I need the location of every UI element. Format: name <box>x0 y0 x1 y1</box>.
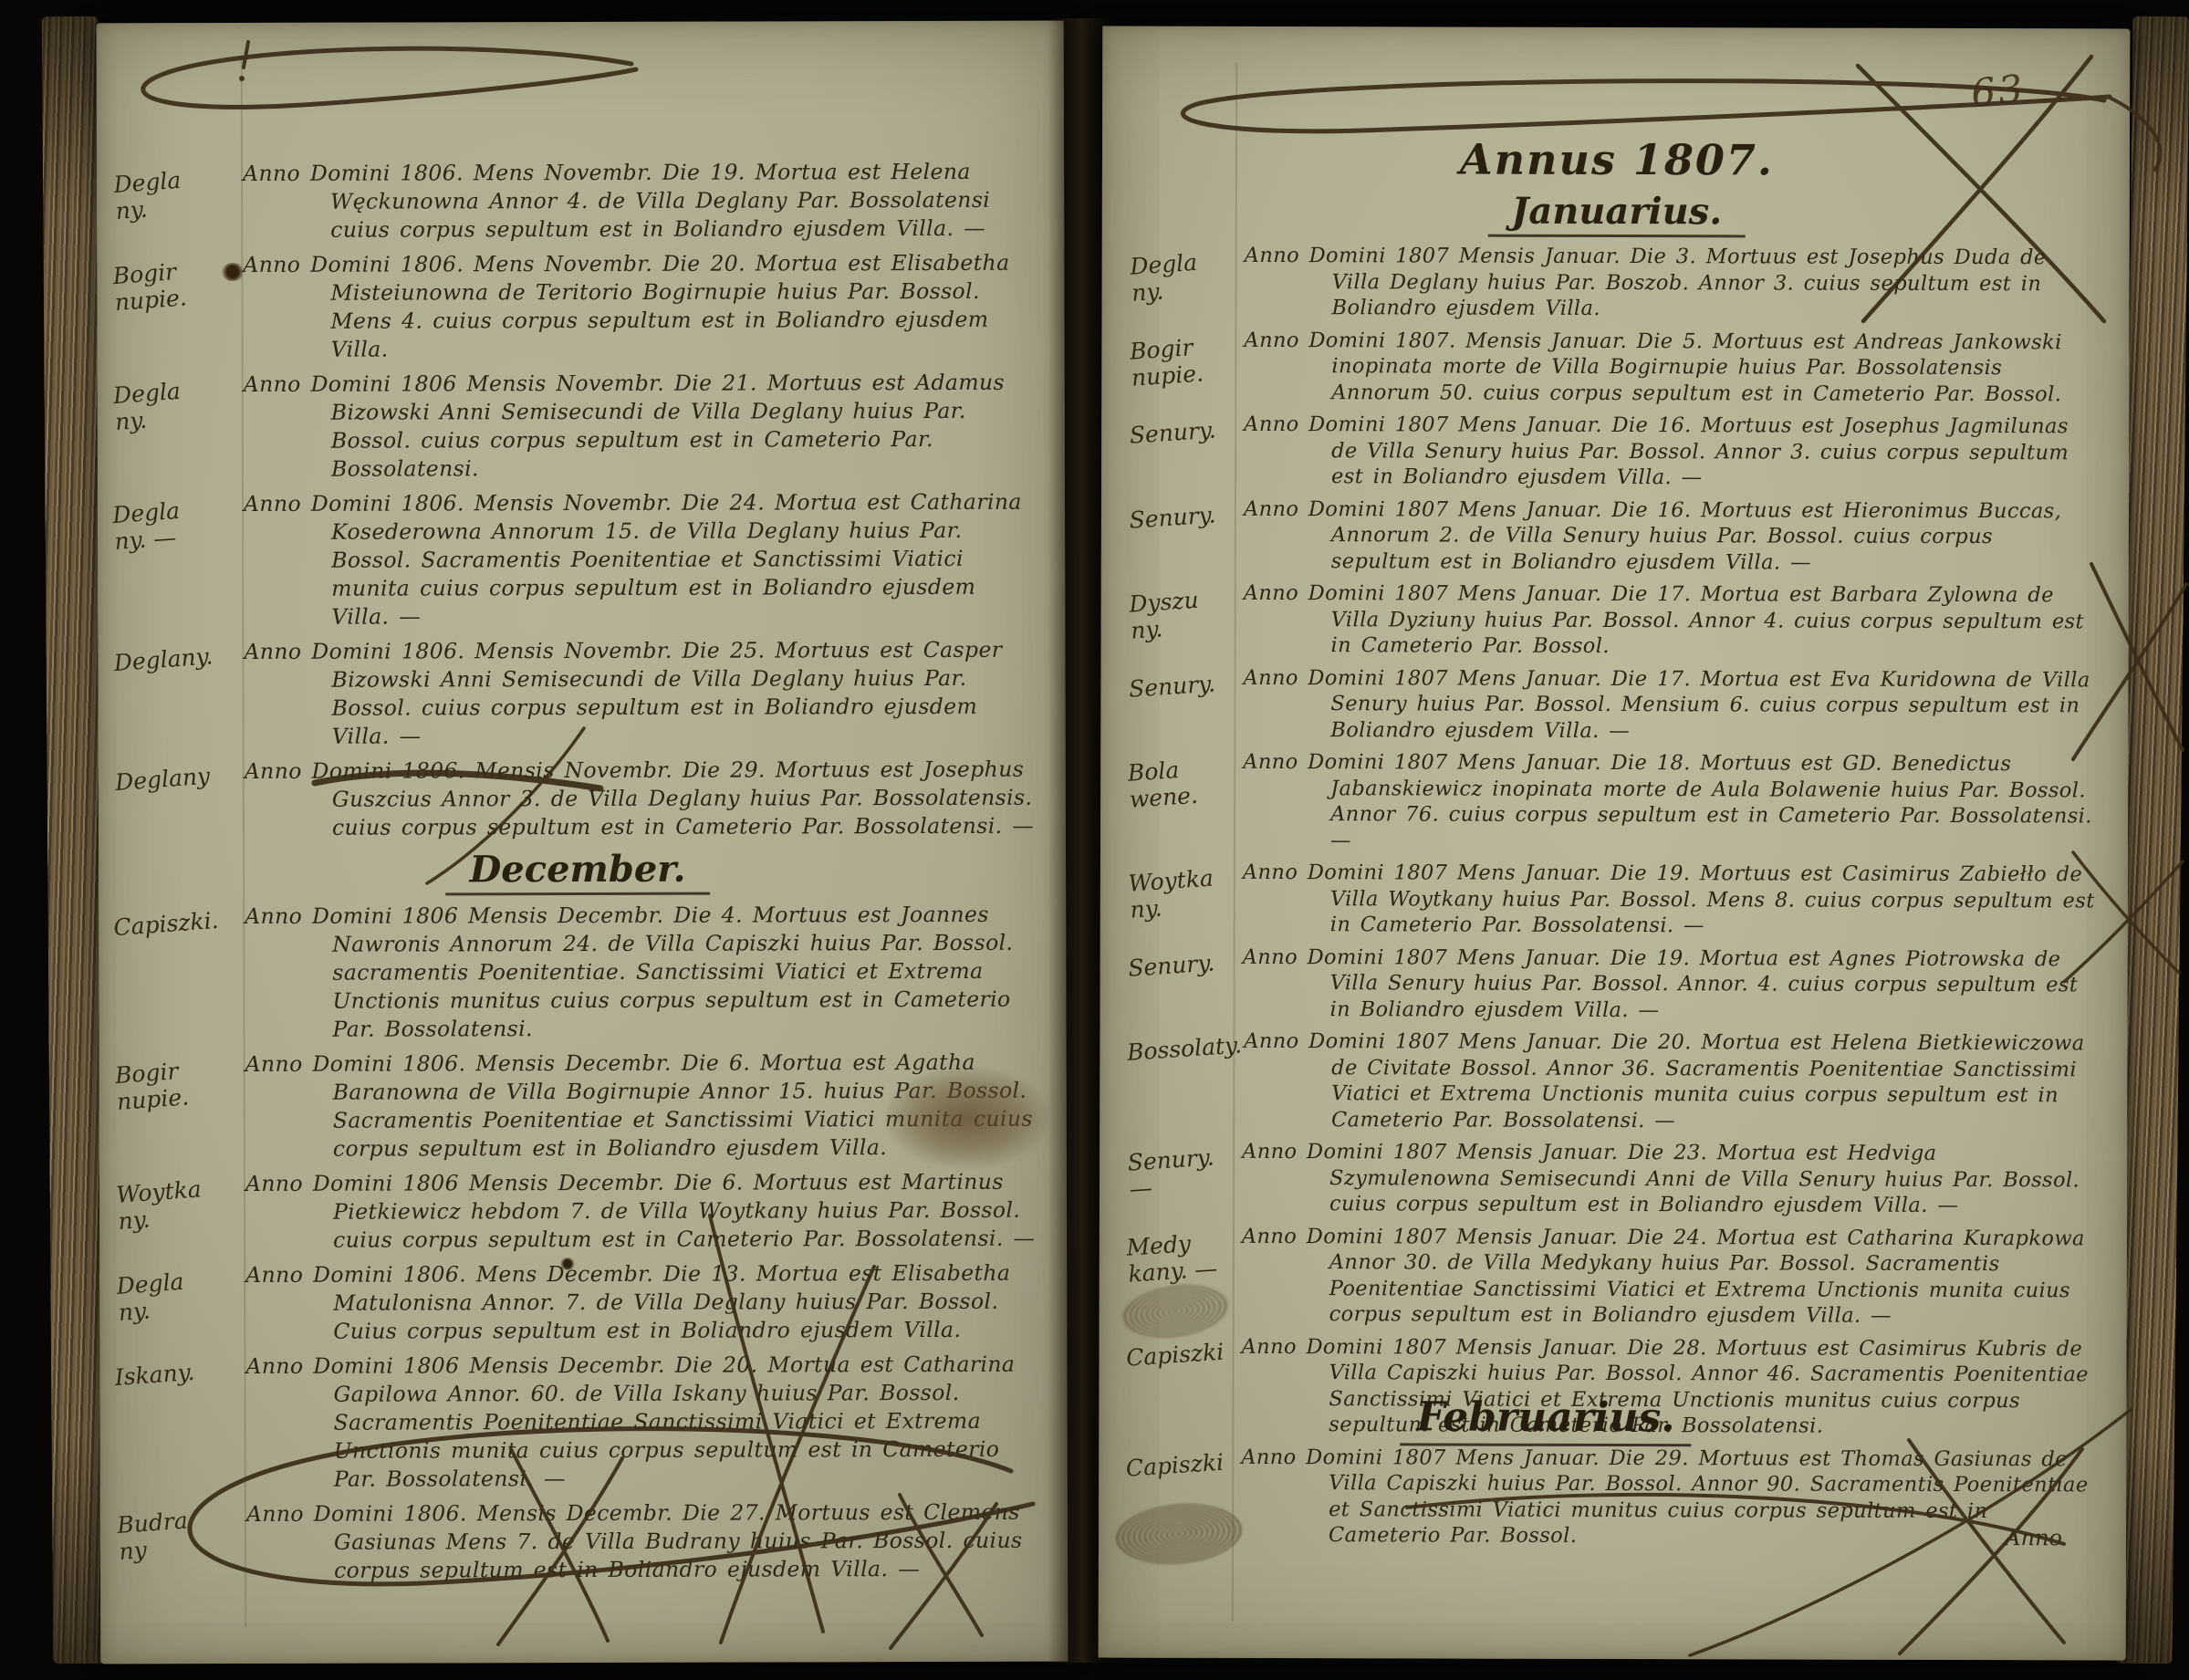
entry-margin-place-label: Budra ny <box>110 1496 249 1590</box>
entry-margin-place-label: Senury. <box>1122 661 1246 746</box>
register-entry: Bogir nupie.Anno Domini 1806. Mensis Dec… <box>112 1049 1045 1164</box>
entry-text: Anno Domini 1806. Mensis Decembr. Die 6.… <box>245 1049 1045 1163</box>
entry-margin-place-label: Iskany. <box>108 1348 251 1498</box>
register-entry: Bogir nupie.Anno Domini 1807. Mensis Jan… <box>1125 327 2107 407</box>
entry-margin-place-label: Capiszki <box>1120 1330 1245 1441</box>
entry-text: Anno Domini 1806. Mensis Decembr. Die 27… <box>246 1498 1046 1585</box>
register-entry: Medy kany. —Anno Domini 1807 Mensis Janu… <box>1123 1223 2105 1330</box>
entry-margin-place-label: Bossolaty. <box>1121 1024 1247 1136</box>
entry-text: Anno Domini 1807. Mensis Januar. Die 5. … <box>1244 327 2107 407</box>
register-entry: Woytka ny.Anno Domini 1807 Mens Januar. … <box>1124 860 2106 940</box>
entry-margin-place-label: Woytka ny. <box>1121 855 1245 941</box>
register-entry: Degla ny.Anno Domini 1806 Mensis Novembr… <box>110 369 1043 485</box>
catchword: Anno <box>2005 1525 2062 1550</box>
entry-text: Anno Domini 1807 Mens Januar. Die 18. Mo… <box>1243 749 2106 855</box>
entry-text: Anno Domini 1806 Mensis Decembr. Die 6. … <box>245 1168 1045 1255</box>
entry-margin-place-label: Senury. <box>1121 940 1245 1026</box>
register-entry: Senury.Anno Domini 1807 Mens Januar. Die… <box>1125 496 2107 576</box>
entry-text: Anno Domini 1807 Mens Januar. Die 19. Mo… <box>1243 860 2106 940</box>
register-entry: CapiszkiAnno Domini 1807 Mens Januar. Di… <box>1122 1444 2104 1550</box>
entry-text: Anno Domini 1806 Mensis Decembr. Die 4. … <box>245 901 1044 1044</box>
register-entry: Degla ny.Anno Domini 1806. Mens Decembr.… <box>112 1259 1045 1347</box>
entry-margin-place-label: Dyszu ny. <box>1122 576 1246 662</box>
entry-margin-place-label: Bogir nupie. <box>106 246 247 369</box>
entry-margin-place-label: Woytka ny. <box>109 1165 248 1259</box>
entry-margin-place-label: Senury. <box>1122 407 1246 493</box>
entry-margin-place-label: Senury. — <box>1121 1134 1244 1220</box>
register-entry: Woytka ny.Anno Domini 1806 Mensis Decemb… <box>112 1168 1045 1256</box>
entry-margin-place-label: Deglany. <box>107 633 248 756</box>
page-number: 63 <box>1969 66 2027 116</box>
entry-text: Anno Domini 1807 Mens Januar. Die 17. Mo… <box>1243 664 2106 745</box>
register-entry: Bola wene.Anno Domini 1807 Mens Januar. … <box>1124 749 2106 856</box>
next-month-header: Februarius. <box>1400 1393 1691 1441</box>
entry-text: Anno Domini 1806. Mens Novembr. Die 20. … <box>243 249 1042 364</box>
register-entry: Degla ny.Anno Domini 1807 Mensis Januar.… <box>1125 243 2107 323</box>
entry-text: Anno Domini 1807 Mens Januar. Die 17. Mo… <box>1244 580 2107 661</box>
entry-text: Anno Domini 1807 Mens Januar. Die 20. Mo… <box>1244 1028 2105 1134</box>
scanned-register-spread: { "page_number": "63", "left_page": { "s… <box>0 0 2189 1680</box>
entry-margin-place-label: Degla ny. <box>107 155 245 249</box>
entry-margin-place-label: Capiszki. <box>107 898 250 1049</box>
entry-margin-place-label: Degla ny. <box>1123 238 1246 324</box>
month-header: December. <box>111 847 1044 892</box>
entry-text: Anno Domini 1806. Mensis Novembr. Die 25… <box>244 636 1043 751</box>
entry-text: Anno Domini 1806 Mensis Decembr. Die 20.… <box>245 1351 1045 1494</box>
register-entry: Degla ny.Anno Domini 1806. Mens Novembr.… <box>109 158 1042 245</box>
entry-text: Anno Domini 1807 Mens Januar. Die 16. Mo… <box>1244 412 2107 492</box>
register-entry: DeglanyAnno Domini 1806. Mensis Novembr.… <box>111 756 1044 843</box>
entry-text: Anno Domini 1807 Mensis Januar. Die 24. … <box>1242 1223 2105 1329</box>
entry-text: Anno Domini 1807 Mensis Januar. Die 3. M… <box>1244 243 2107 323</box>
entry-margin-place-label: Bogir nupie. <box>1123 323 1246 409</box>
entry-text: Anno Domini 1806. Mensis Novembr. Die 29… <box>245 756 1044 842</box>
right-page-entries: Annus 1807. Januarius.Degla ny.Anno Domi… <box>1122 134 2108 1557</box>
year-header: Annus 1807. <box>1126 134 2108 186</box>
entry-margin-place-label: Bogir nupie. <box>108 1046 249 1168</box>
entry-margin-place-label: Capiszki <box>1119 1440 1244 1551</box>
register-entry: Bogir nupie.Anno Domini 1806. Mens Novem… <box>109 249 1042 365</box>
left-page: Degla ny.Anno Domini 1806. Mens Novembr.… <box>97 21 1068 1664</box>
register-entry: Dyszu ny.Anno Domini 1807 Mens Januar. D… <box>1125 580 2107 661</box>
left-page-entries: Degla ny.Anno Domini 1806. Mens Novembr.… <box>109 158 1046 1592</box>
register-entry: Deglany.Anno Domini 1806. Mensis Novembr… <box>110 636 1043 752</box>
register-entry: Senury.Anno Domini 1807 Mens Januar. Die… <box>1124 664 2106 745</box>
entry-text: Anno Domini 1806. Mens Novembr. Die 19. … <box>243 158 1042 245</box>
entry-margin-place-label: Medy kany. — <box>1120 1219 1245 1330</box>
january-section: Januarius.Degla ny.Anno Domini 1807 Mens… <box>1122 189 2108 1550</box>
entry-margin-place-label: Degla ny. <box>107 366 248 488</box>
entry-margin-place-label: Degla ny. — <box>106 485 249 636</box>
register-entry: Senury.Anno Domini 1807 Mens Januar. Die… <box>1123 944 2105 1024</box>
register-entry: Capiszki.Anno Domini 1806 Mensis Decembr… <box>111 901 1044 1045</box>
entry-margin-place-label: Degla ny. <box>109 1257 248 1351</box>
entry-text: Anno Domini 1807 Mens Januar. Die 16. Mo… <box>1244 496 2107 576</box>
month-header: Januarius. <box>1126 189 2108 235</box>
entry-text: Anno Domini 1807 Mensis Januar. Die 23. … <box>1242 1139 2105 1219</box>
register-entry: Senury.Anno Domini 1807 Mens Januar. Die… <box>1125 412 2107 492</box>
register-entry: Bossolaty.Anno Domini 1807 Mens Januar. … <box>1123 1028 2105 1135</box>
entry-text: Anno Domini 1806 Mensis Novembr. Die 21.… <box>244 369 1043 484</box>
entry-text: Anno Domini 1807 Mens Januar. Die 29. Mo… <box>1241 1444 2104 1550</box>
register-entry: Senury. —Anno Domini 1807 Mensis Januar.… <box>1123 1139 2105 1219</box>
register-entry: Degla ny. —Anno Domini 1806. Mensis Nove… <box>110 488 1043 632</box>
entry-margin-place-label: Deglany <box>109 753 247 847</box>
register-entry: Budra nyAnno Domini 1806. Mensis Decembr… <box>113 1498 1046 1586</box>
entry-margin-place-label: Senury. <box>1122 492 1246 578</box>
right-page: 63 Annus 1807. Januarius.Degla ny.Anno D… <box>1099 26 2131 1661</box>
entry-text: Anno Domini 1807 Mens Januar. Die 19. Mo… <box>1242 944 2105 1024</box>
entry-text: Anno Domini 1806. Mens Decembr. Die 13. … <box>245 1259 1045 1346</box>
entry-text: Anno Domini 1806. Mensis Novembr. Die 24… <box>244 488 1043 631</box>
entry-margin-place-label: Bola wene. <box>1121 746 1246 857</box>
register-entry: Iskany.Anno Domini 1806 Mensis Decembr. … <box>112 1351 1045 1495</box>
